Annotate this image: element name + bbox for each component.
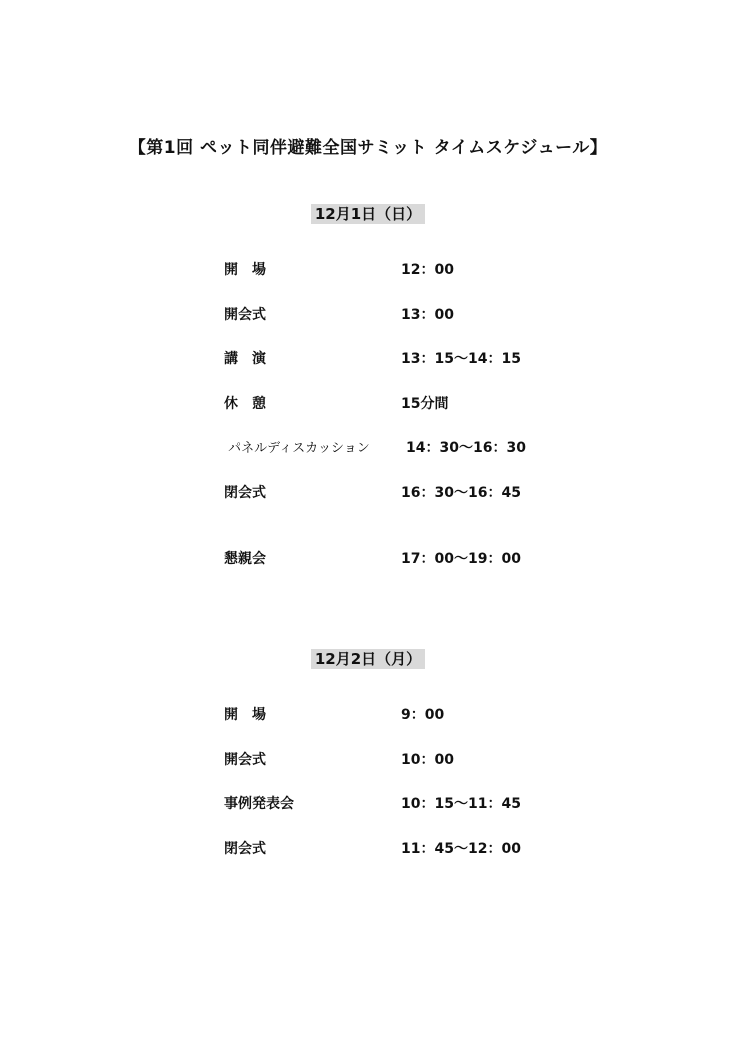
- event-label: 開会式: [224, 304, 266, 324]
- event-time: 12：00: [401, 259, 454, 279]
- day2-date: 12月2日（月）: [311, 649, 425, 669]
- event-label: 懇親会: [224, 548, 266, 568]
- event-time: 9：00: [401, 704, 444, 724]
- day2-date-heading: 12月2日（月）: [0, 648, 736, 669]
- event-label: パネルディスカッション: [224, 437, 370, 456]
- event-label: 開 場: [224, 259, 266, 279]
- event-time: 11：45～12：00: [401, 838, 521, 858]
- event-time: 13：00: [401, 304, 454, 324]
- day1-date-heading: 12月1日（日）: [0, 203, 736, 224]
- event-label: 講 演: [224, 348, 266, 368]
- event-time: 10：15～11：45: [401, 793, 521, 813]
- event-label: 休 憩: [224, 393, 266, 413]
- event-time: 17：00～19：00: [401, 548, 521, 568]
- event-time: 15分間: [401, 393, 448, 413]
- event-label: 閉会式: [224, 482, 266, 502]
- event-time: 14：30～16：30: [406, 437, 526, 457]
- event-label: 事例発表会: [224, 793, 294, 813]
- event-time: 10：00: [401, 749, 454, 769]
- schedule-title: 【第1回 ペット同伴避難全国サミット タイムスケジュール】: [0, 133, 736, 158]
- event-label: 開 場: [224, 704, 266, 724]
- event-label: 閉会式: [224, 838, 266, 858]
- event-time: 16：30～16：45: [401, 482, 521, 502]
- event-label: 開会式: [224, 749, 266, 769]
- day1-date: 12月1日（日）: [311, 204, 425, 224]
- event-time: 13：15～14：15: [401, 348, 521, 368]
